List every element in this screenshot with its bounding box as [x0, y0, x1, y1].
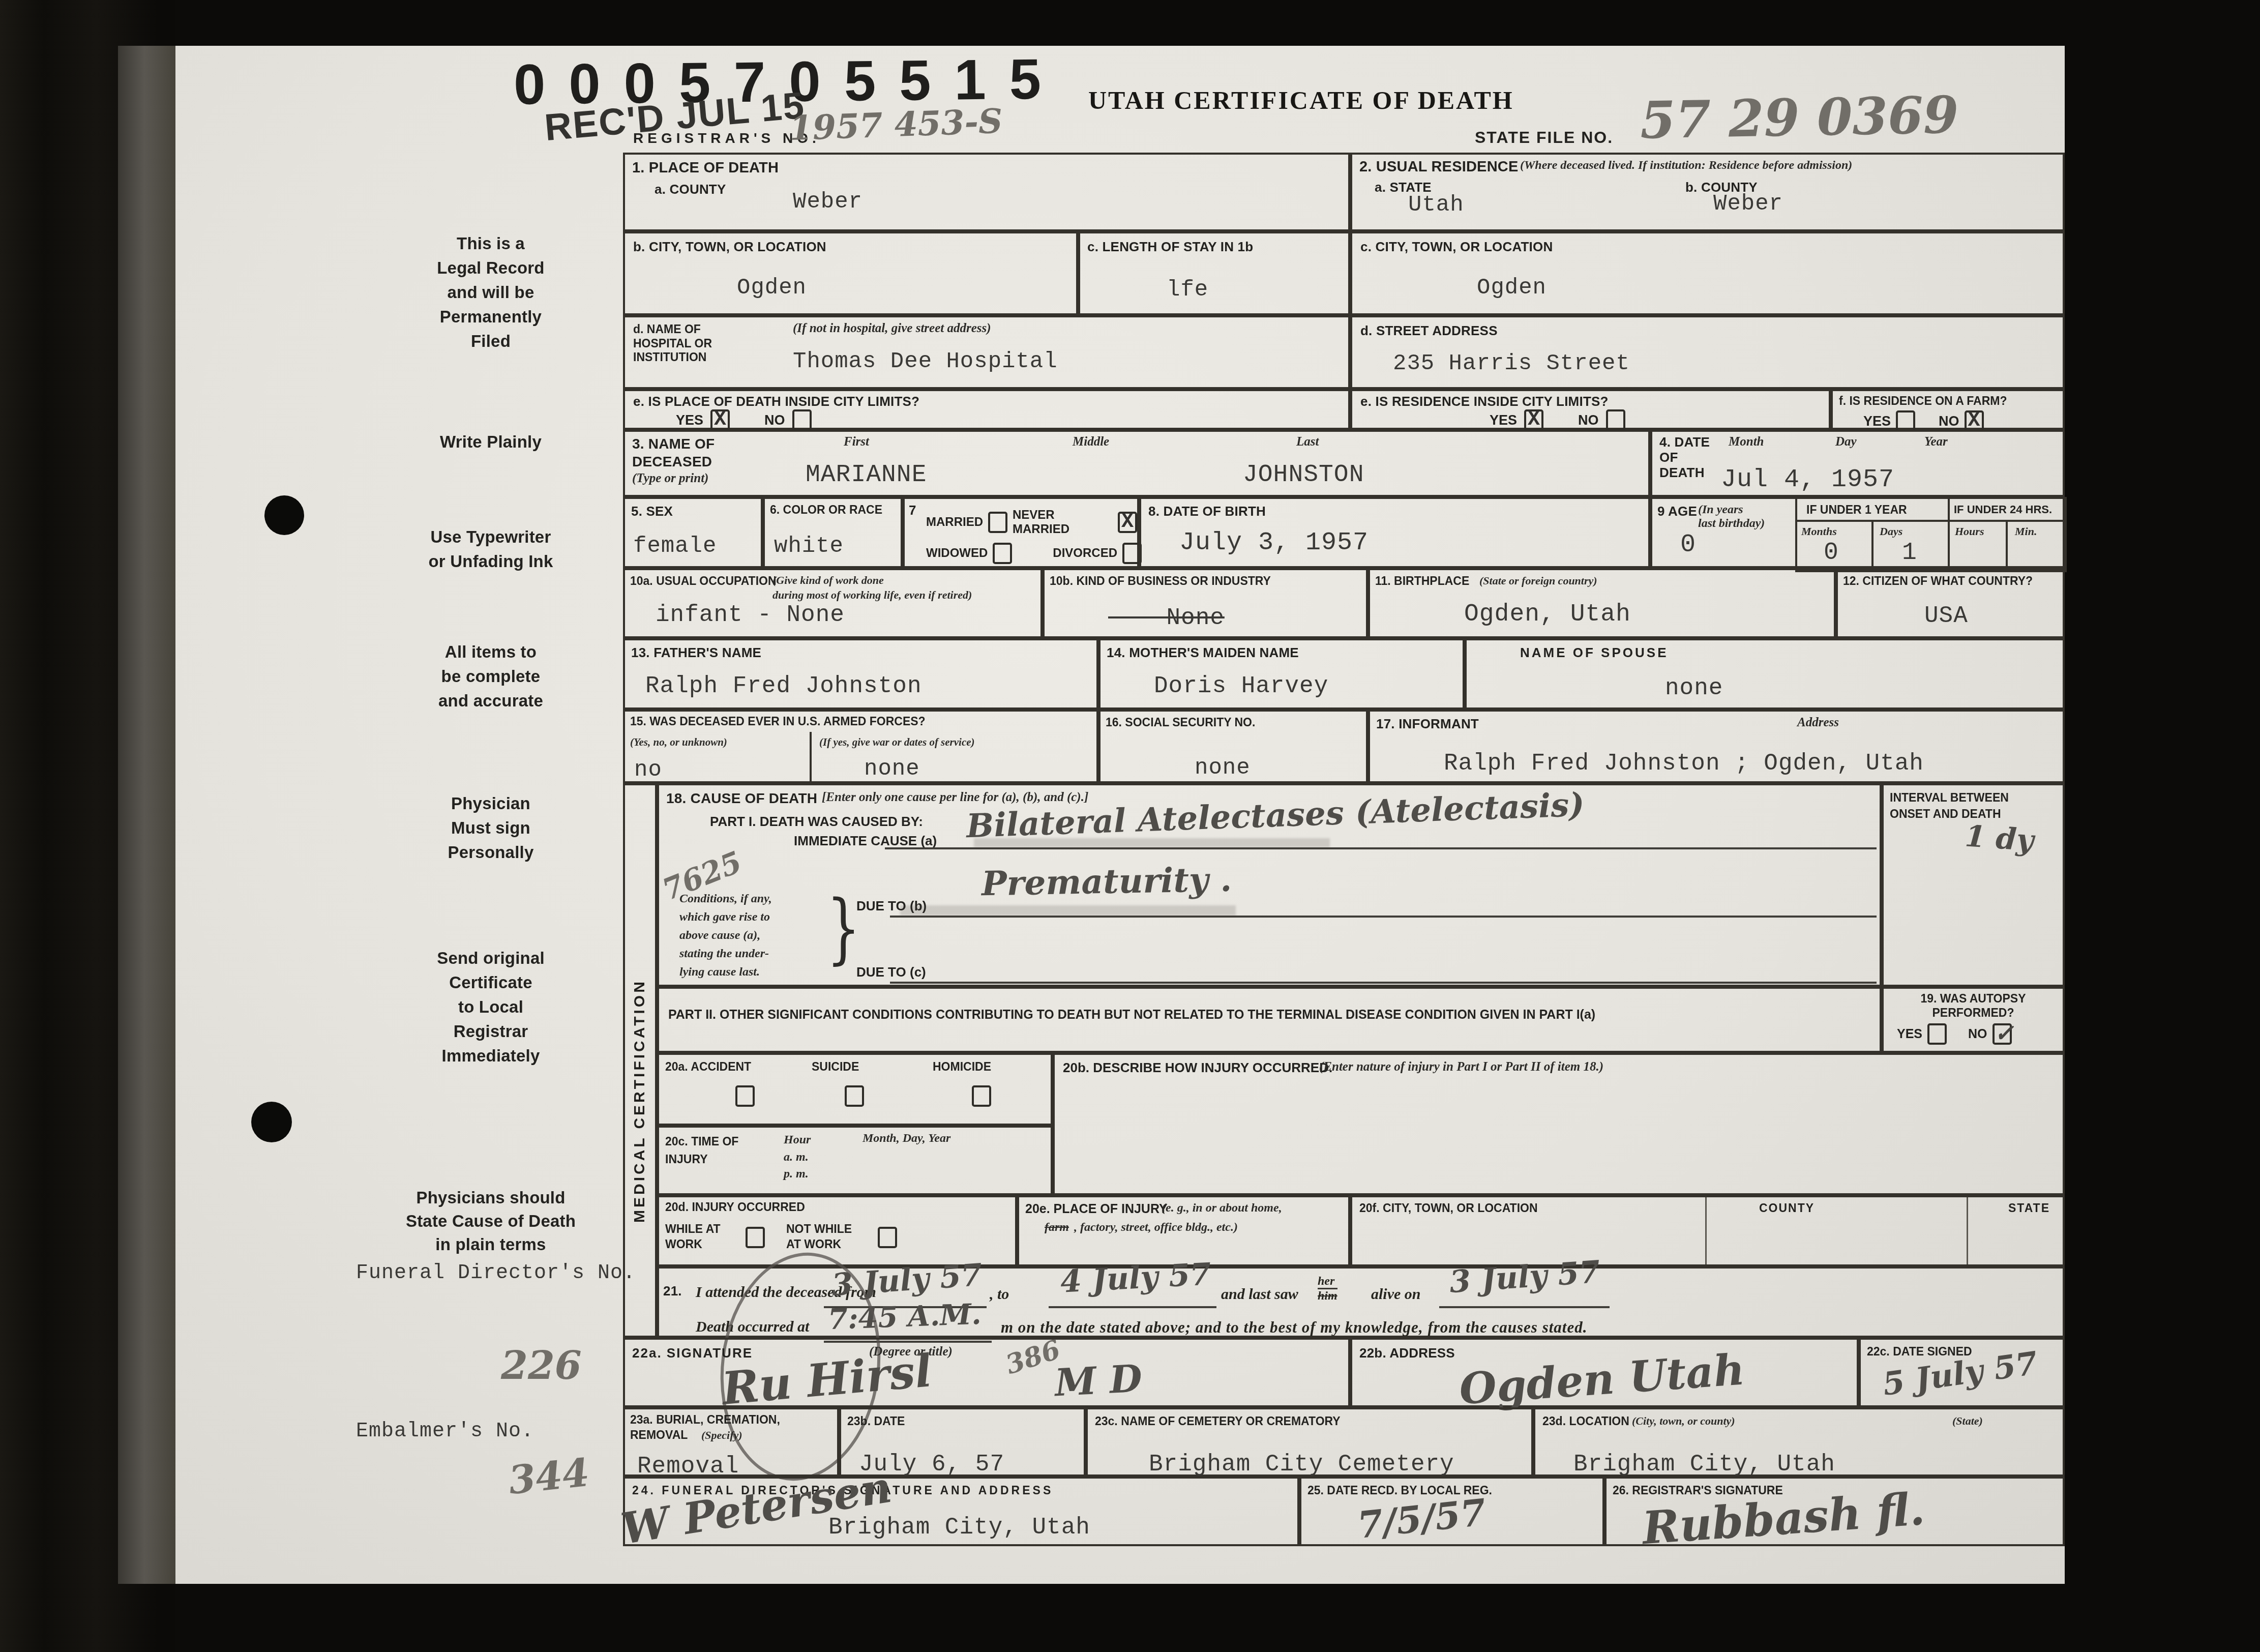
field-time-of-injury: 20c. TIME OF INJURY Hour a. m. p. m. Mon…: [657, 1126, 1053, 1195]
fathers-name-value: Ralph Fred Johnston: [645, 673, 922, 699]
field-signature: 22a. SIGNATURE (Degree or title) Ru Hirs…: [623, 1338, 1350, 1407]
field-label: e. IS PLACE OF DEATH INSIDE CITY LIMITS?: [633, 393, 919, 410]
burial-value: Removal: [637, 1453, 739, 1480]
no-label: NO: [1968, 1027, 1987, 1042]
field-label: 20b. DESCRIBE HOW INJURY OCCURRED.: [1063, 1060, 1332, 1076]
field-sex: 5. SEX female: [623, 497, 763, 568]
war-dates-value: none: [864, 756, 920, 782]
field-label: c. LENGTH OF STAY IN 1b: [1087, 239, 1253, 255]
field-color-or-race: 6. COLOR OR RACE white: [763, 497, 903, 568]
field-label: c. CITY, TOWN, OR LOCATION: [1360, 239, 1553, 255]
while-at-work-checkbox: [746, 1227, 765, 1248]
field-cemetery-location: 23d. LOCATION (City, town, or county) (S…: [1533, 1407, 2065, 1477]
state-file-no-label: STATE FILE NO.: [1475, 127, 1613, 147]
hours-label: Hours: [1955, 525, 1984, 538]
statement-3: and last saw: [1221, 1286, 1298, 1303]
signer-address-value: Ogden Utah: [1458, 1344, 1746, 1414]
under-1-year-box: IF UNDER 1 YEAR: [1795, 497, 1950, 522]
informant-value: Ralph Fred Johnston ; Ogden, Utah: [1444, 750, 1924, 777]
hour-label: Hour a. m. p. m.: [784, 1132, 811, 1183]
field-note2: , factory, street, office bldg., etc.): [1074, 1221, 1238, 1234]
first-label: First: [844, 435, 869, 449]
margin-note-physician-sign: Physician Must sign Personally: [369, 791, 613, 865]
field-label: 8. DATE OF BIRTH: [1148, 503, 1266, 520]
cause-b-value: Prematurity .: [981, 860, 1232, 904]
statement-2: , to: [990, 1286, 1009, 1303]
yes-no-row: YES X NO: [676, 409, 812, 431]
field-note: (Type or print): [632, 471, 708, 486]
days-value: 1: [1902, 539, 1917, 567]
last-name-value: JOHNSTON: [1243, 461, 1364, 489]
age-label: 9 AGE: [1657, 503, 1697, 520]
margin-note-send-original: Send original Certificate to Local Regis…: [369, 946, 613, 1068]
yes-no-row: YES NO X: [1863, 410, 1984, 432]
hospital-value: Thomas Dee Hospital: [793, 349, 1058, 374]
field-label: 23d. LOCATION: [1542, 1414, 1629, 1429]
spouse-value: none: [1665, 675, 1723, 701]
field-sublabel: a. COUNTY: [655, 181, 726, 198]
yes-no-row: YES X NO: [1490, 409, 1625, 431]
occupation-value: infant - None: [656, 602, 845, 628]
field-label: 14. MOTHER'S MAIDEN NAME: [1107, 644, 1299, 661]
field-label: 23b. DATE: [847, 1414, 905, 1429]
field-label: 15. WAS DECEASED EVER IN U.S. ARMED FORC…: [630, 715, 926, 729]
mdy-label: Month, Day, Year: [863, 1132, 950, 1145]
under-24-label: IF UNDER 24 HRS.: [1954, 503, 2052, 516]
homicide-checkbox: [972, 1085, 991, 1107]
field-label: 18. CAUSE OF DEATH: [666, 789, 817, 807]
brace-glyph: }: [826, 884, 860, 973]
field-burial-removal: 23a. BURIAL, CREMATION, REMOVAL (Specify…: [623, 1407, 839, 1477]
no-label: NO: [1939, 414, 1959, 429]
field-label: 3. NAME OF DECEASED: [632, 435, 715, 470]
hours-cell: Hours: [1948, 520, 2008, 572]
married-label: MARRIED: [926, 515, 983, 529]
months-label: Months: [1801, 525, 1837, 538]
field-usual-residence: 2. USUAL RESIDENCE (Where deceased lived…: [1350, 153, 2065, 231]
res-city-value: Ogden: [1477, 275, 1547, 301]
widowed-label: WIDOWED: [926, 546, 988, 560]
cemetery-value: Brigham City Cemetery: [1149, 1451, 1454, 1478]
field-autopsy: 19. WAS AUTOPSY PERFORMED? YES NO ✓: [1882, 987, 2065, 1053]
field-death-inside-city-limits: e. IS PLACE OF DEATH INSIDE CITY LIMITS?…: [623, 389, 1350, 430]
field-date-received: 25. DATE RECD. BY LOCAL REG. 7/5/57: [1299, 1477, 1604, 1546]
armed-forces-value: no: [634, 757, 662, 783]
statement-4: alive on: [1371, 1286, 1421, 1303]
street-address-value: 235 Harris Street: [1393, 351, 1630, 376]
field-residence-on-farm: f. IS RESIDENCE ON A FARM? YES NO X: [1831, 389, 2065, 430]
field-label: NAME OF SPOUSE: [1520, 644, 1668, 661]
no-label: NO: [764, 412, 785, 428]
suicide-checkbox: [845, 1085, 864, 1107]
day-label: Day: [1835, 435, 1857, 449]
embalmer-no-label: Embalmer's No.: [356, 1420, 534, 1443]
divorced-label: DIVORCED: [1053, 546, 1117, 560]
no-checkbox: X: [1965, 410, 1984, 432]
field-date-signed: 22c. DATE SIGNED 5 July 57: [1859, 1338, 2065, 1407]
field-usual-occupation: 10a. USUAL OCCUPATION (Give kind of work…: [623, 568, 1043, 638]
embalmer-no-value: 344: [507, 1450, 591, 1503]
divider: [810, 732, 812, 783]
margin-note-typewriter: Use Typewriter or Unfading Ink: [359, 525, 623, 574]
field-kind-of-business: 10b. KIND OF BUSINESS OR INDUSTRY ----No…: [1043, 568, 1368, 638]
funeral-director-no-label: Funeral Director's No.: [353, 1260, 638, 1287]
field-label: 11. BIRTHPLACE: [1375, 574, 1469, 588]
registrars-no-value: 1957 453-S: [789, 101, 1003, 149]
hole-punch-bottom: [251, 1102, 292, 1142]
field-date-of-death: 4. DATE OF DEATH Month Day Year Jul 4, 1…: [1650, 430, 2065, 497]
divider: [1705, 1197, 1707, 1264]
field-label: 20e. PLACE OF INJURY: [1025, 1201, 1168, 1217]
cause-c-line: [890, 960, 1877, 984]
field-age: 9 AGE (In years last birthday) 0 IF UNDE…: [1650, 497, 2065, 568]
field-note: (Enter nature of injury in Part I or Par…: [1319, 1060, 1603, 1074]
field-note-farm: farm: [1045, 1221, 1069, 1234]
field-label: 10b. KIND OF BUSINESS OR INDUSTRY: [1050, 574, 1271, 588]
state-value: Utah: [1408, 192, 1464, 218]
her-him-stack: her him: [1318, 1275, 1337, 1303]
months-value: 0: [1824, 539, 1839, 567]
not-while-checkbox: [878, 1227, 897, 1248]
ssn-value: none: [1195, 755, 1251, 781]
certificate-title: UTAH CERTIFICATE OF DEATH: [1088, 85, 1514, 115]
yes-checkbox: [1927, 1023, 1947, 1045]
age-value: 0: [1680, 530, 1696, 559]
field-label: 22a. SIGNATURE: [632, 1345, 753, 1362]
field-social-security: 16. SOCIAL SECURITY NO. none: [1098, 710, 1368, 783]
divider: [1967, 1197, 1968, 1264]
business-value: ----None: [1108, 605, 1225, 631]
him-label: him: [1318, 1289, 1337, 1303]
yes-label: YES: [1490, 412, 1517, 428]
age-note: (In years last birthday): [1698, 503, 1765, 530]
field-armed-forces: 15. WAS DECEASED EVER IN U.S. ARMED FORC…: [623, 710, 1098, 783]
widowed-row: WIDOWED DIVORCED: [926, 543, 1142, 564]
field-mothers-maiden-name: 14. MOTHER'S MAIDEN NAME Doris Harvey: [1098, 638, 1465, 710]
field-residence-inside-city-limits: e. IS RESIDENCE INSIDE CITY LIMITS? YES …: [1350, 389, 1831, 430]
field-note2: (If yes, give war or dates of service): [819, 736, 975, 749]
field-place-of-death-county: 1. PLACE OF DEATH a. COUNTY Weber: [623, 153, 1350, 231]
field-signer-address: 22b. ADDRESS Ogden Utah: [1350, 1338, 1859, 1407]
death-certificate-scan: 0005705515 REC'D JUL 15 REGISTRAR'S NO. …: [0, 0, 2260, 1652]
field-note: (Give kind of work done during most of w…: [772, 573, 972, 602]
field-place-city: b. CITY, TOWN, OR LOCATION Ogden: [623, 231, 1078, 315]
middle-label: Middle: [1073, 435, 1109, 449]
yes-label: YES: [676, 412, 703, 428]
widowed-checkbox: [993, 543, 1012, 564]
field-number: 7: [909, 502, 916, 519]
field-registrar-signature: 26. REGISTRAR'S SIGNATURE Rubbash fl.: [1604, 1477, 2065, 1546]
sex-value: female: [633, 534, 717, 559]
county-value: Weber: [793, 189, 863, 215]
date-of-death-value: Jul 4, 1957: [1721, 465, 1894, 494]
date-received-value: 7/5/57: [1355, 1490, 1488, 1547]
field-note: (State or foreign country): [1479, 574, 1597, 587]
medical-certification-strip: MEDICAL CERTIFICATION: [623, 783, 657, 1338]
field-place-of-injury: 20e. PLACE OF INJURY (e. g., in or about…: [1017, 1195, 1350, 1266]
yes-checkbox: X: [1524, 409, 1543, 431]
days-label: Days: [1880, 525, 1902, 538]
date-of-birth-value: July 3, 1957: [1179, 528, 1369, 557]
field-note: (Where deceased lived. If institution: R…: [1520, 159, 1852, 172]
field-marital-status: 7 MARRIED NEVER MARRIED X WIDOWED DIVORC…: [903, 497, 1139, 568]
field-hospital-name: d. NAME OF HOSPITAL OR INSTITUTION (If n…: [623, 315, 1350, 389]
no-label: NO: [1578, 412, 1599, 428]
while-at-work-label: WHILE AT WORK: [665, 1222, 721, 1252]
field-label: 20f. CITY, TOWN, OR LOCATION: [1359, 1201, 1538, 1216]
days-cell: Days 1: [1871, 520, 1950, 572]
yes-label: YES: [1863, 414, 1891, 429]
field-label: 17. INFORMANT: [1376, 716, 1479, 732]
field-note: (City, town, or county): [1632, 1414, 1735, 1428]
field-interval: INTERVAL BETWEEN ONSET AND DEATH 1 dy: [1882, 783, 2065, 987]
county-label: COUNTY: [1759, 1201, 1815, 1216]
field-fathers-name: 13. FATHER'S NAME Ralph Fred Johnston: [623, 638, 1098, 710]
field-label: f. IS RESIDENCE ON A FARM?: [1839, 394, 2007, 408]
field-label: 4. DATE OF DEATH: [1659, 435, 1710, 481]
field-label: e. IS RESIDENCE INSIDE CITY LIMITS?: [1360, 393, 1609, 410]
field-note: (If not in hospital, give street address…: [793, 321, 991, 336]
min-cell: Min.: [2006, 520, 2067, 572]
field-label: 20c. TIME OF INJURY: [665, 1133, 738, 1168]
field-label: 5. SEX: [631, 503, 673, 520]
field-injury-occurred: 20d. INJURY OCCURRED WHILE AT WORK NOT W…: [657, 1195, 1017, 1266]
statement-6: m on the date stated above; and to the b…: [1001, 1318, 1587, 1337]
field-informant: 17. INFORMANT Address Ralph Fred Johnsto…: [1368, 710, 2065, 783]
field-label: 1. PLACE OF DEATH: [632, 159, 779, 177]
married-checkbox: [988, 512, 1007, 533]
state-label: STATE: [2008, 1201, 2050, 1216]
interval-label: INTERVAL BETWEEN ONSET AND DEATH: [1890, 789, 2009, 822]
field-date-of-birth: 8. DATE OF BIRTH July 3, 1957: [1139, 497, 1650, 568]
cemetery-location-value: Brigham City, Utah: [1573, 1451, 1835, 1478]
not-while-label: NOT WHILE AT WORK: [786, 1222, 852, 1252]
field-label: 16. SOCIAL SECURITY NO.: [1106, 716, 1255, 730]
field-label: 2. USUAL RESIDENCE: [1359, 158, 1518, 176]
never-married-checkbox: X: [1118, 512, 1137, 533]
suicide-label: SUICIDE: [812, 1060, 859, 1074]
field-note1: (Yes, no, or unknown): [630, 736, 727, 749]
field-length-of-stay: c. LENGTH OF STAY IN 1b lfe: [1078, 231, 1350, 315]
yes-label: YES: [1897, 1027, 1922, 1042]
no-checkbox: [1606, 409, 1625, 431]
length-of-stay-value: lfe: [1167, 277, 1208, 303]
month-label: Month: [1729, 435, 1764, 449]
yes-checkbox: [1896, 410, 1915, 432]
yes-no-row: YES NO ✓: [1897, 1023, 2012, 1045]
city-value: Ogden: [737, 275, 807, 301]
her-label: her: [1318, 1275, 1337, 1289]
field-label: b. CITY, TOWN, OR LOCATION: [633, 239, 826, 255]
field-cemetery-name: 23c. NAME OF CEMETERY OR CREMATORY Brigh…: [1086, 1407, 1533, 1477]
field-funeral-director-signature: 24. FUNERAL DIRECTOR'S SIGNATURE AND ADD…: [623, 1477, 1299, 1546]
field-label: 19. WAS AUTOPSY PERFORMED?: [1892, 992, 2055, 1020]
field-label: d. NAME OF HOSPITAL OR INSTITUTION: [633, 322, 712, 365]
homicide-label: HOMICIDE: [933, 1060, 991, 1074]
yes-checkbox: X: [710, 409, 730, 431]
margin-note-legal-record: This is a Legal Record and will be Perma…: [369, 231, 613, 353]
under-1-year-label: IF UNDER 1 YEAR: [1806, 503, 1907, 517]
margin-note-write-plainly: Write Plainly: [369, 431, 613, 452]
months-cell: Months 0: [1795, 520, 1874, 572]
funeral-director-no-value: 226: [501, 1343, 582, 1388]
first-name-value: MARIANNE: [806, 461, 927, 489]
last-label: Last: [1296, 435, 1319, 449]
margin-note-complete: All items to be complete and accurate: [369, 640, 613, 713]
never-married-label: NEVER MARRIED: [1013, 508, 1113, 537]
no-checkbox: ✓: [1993, 1023, 2012, 1045]
state-note: (State): [1952, 1414, 1983, 1428]
mothers-name-value: Doris Harvey: [1154, 673, 1328, 699]
field-citizen-of: 12. CITIZEN OF WHAT COUNTRY? USA: [1836, 568, 2065, 638]
hole-punch-top: [264, 495, 304, 535]
field-label: 20d. INJURY OCCURRED: [665, 1200, 805, 1215]
accident-checkbox: [735, 1085, 755, 1107]
field-label: d. STREET ADDRESS: [1360, 322, 1498, 339]
interval-value: 1 dy: [1964, 818, 2035, 858]
field-name-of-deceased: 3. NAME OF DECEASED (Type or print) Firs…: [623, 430, 1650, 497]
funeral-director-address: Brigham City, Utah: [828, 1514, 1090, 1541]
part2-label: PART II. OTHER SIGNIFICANT CONDITIONS CO…: [668, 1007, 1595, 1022]
birthplace-value: Ogden, Utah: [1464, 601, 1631, 628]
married-row: MARRIED NEVER MARRIED X: [926, 508, 1137, 537]
field-name-of-spouse: NAME OF SPOUSE none: [1465, 638, 2065, 710]
field-note1: (e. g., in or about home,: [1162, 1201, 1282, 1215]
degree-value: M D: [1054, 1357, 1143, 1405]
field-injury-city: 20f. CITY, TOWN, OR LOCATION COUNTY STAT…: [1350, 1195, 2065, 1266]
field-label: 23c. NAME OF CEMETERY OR CREMATORY: [1095, 1414, 1341, 1429]
field-residence-city: c. CITY, TOWN, OR LOCATION Ogden: [1350, 231, 2065, 315]
field-label: 22b. ADDRESS: [1359, 1345, 1455, 1362]
field-note: [Enter only one cause per line for (a), …: [822, 790, 1088, 805]
page-edge: [118, 46, 177, 1584]
medical-certification-label: MEDICAL CERTIFICATION: [631, 907, 648, 1223]
conditions-note: Conditions, if any, which gave rise to a…: [679, 890, 772, 981]
field-street-address: d. STREET ADDRESS 235 Harris Street: [1350, 315, 2065, 389]
citizen-value: USA: [1924, 603, 1968, 629]
field-label: 6. COLOR OR RACE: [770, 503, 882, 517]
field-birthplace: 11. BIRTHPLACE (State or foreign country…: [1368, 568, 1836, 638]
address-label: Address: [1797, 716, 1839, 730]
state-file-no-value: 57 29 0369: [1640, 85, 1959, 151]
field-note: (Specify): [701, 1429, 742, 1442]
no-checkbox: [792, 409, 812, 431]
margin-note-plain-terms: Physicians should State Cause of Death i…: [338, 1186, 643, 1256]
field-accident-suicide-homicide: 20a. ACCIDENT SUICIDE HOMICIDE: [657, 1053, 1053, 1126]
field-label: 13. FATHER'S NAME: [631, 644, 761, 661]
min-label: Min.: [2015, 525, 2037, 538]
res-county-value: Weber: [1713, 191, 1783, 217]
item-number: 21.: [663, 1283, 682, 1300]
year-label: Year: [1924, 435, 1948, 449]
accident-label: 20a. ACCIDENT: [665, 1060, 751, 1074]
field-part2: PART II. OTHER SIGNIFICANT CONDITIONS CO…: [657, 987, 1882, 1053]
field-describe-injury: 20b. DESCRIBE HOW INJURY OCCURRED. (Ente…: [1053, 1053, 2065, 1195]
under-24-box: IF UNDER 24 HRS.: [1948, 497, 2067, 522]
race-value: white: [774, 534, 844, 559]
field-label: 10a. USUAL OCCUPATION: [630, 574, 777, 588]
field-label: 12. CITIZEN OF WHAT COUNTRY?: [1843, 574, 2033, 588]
